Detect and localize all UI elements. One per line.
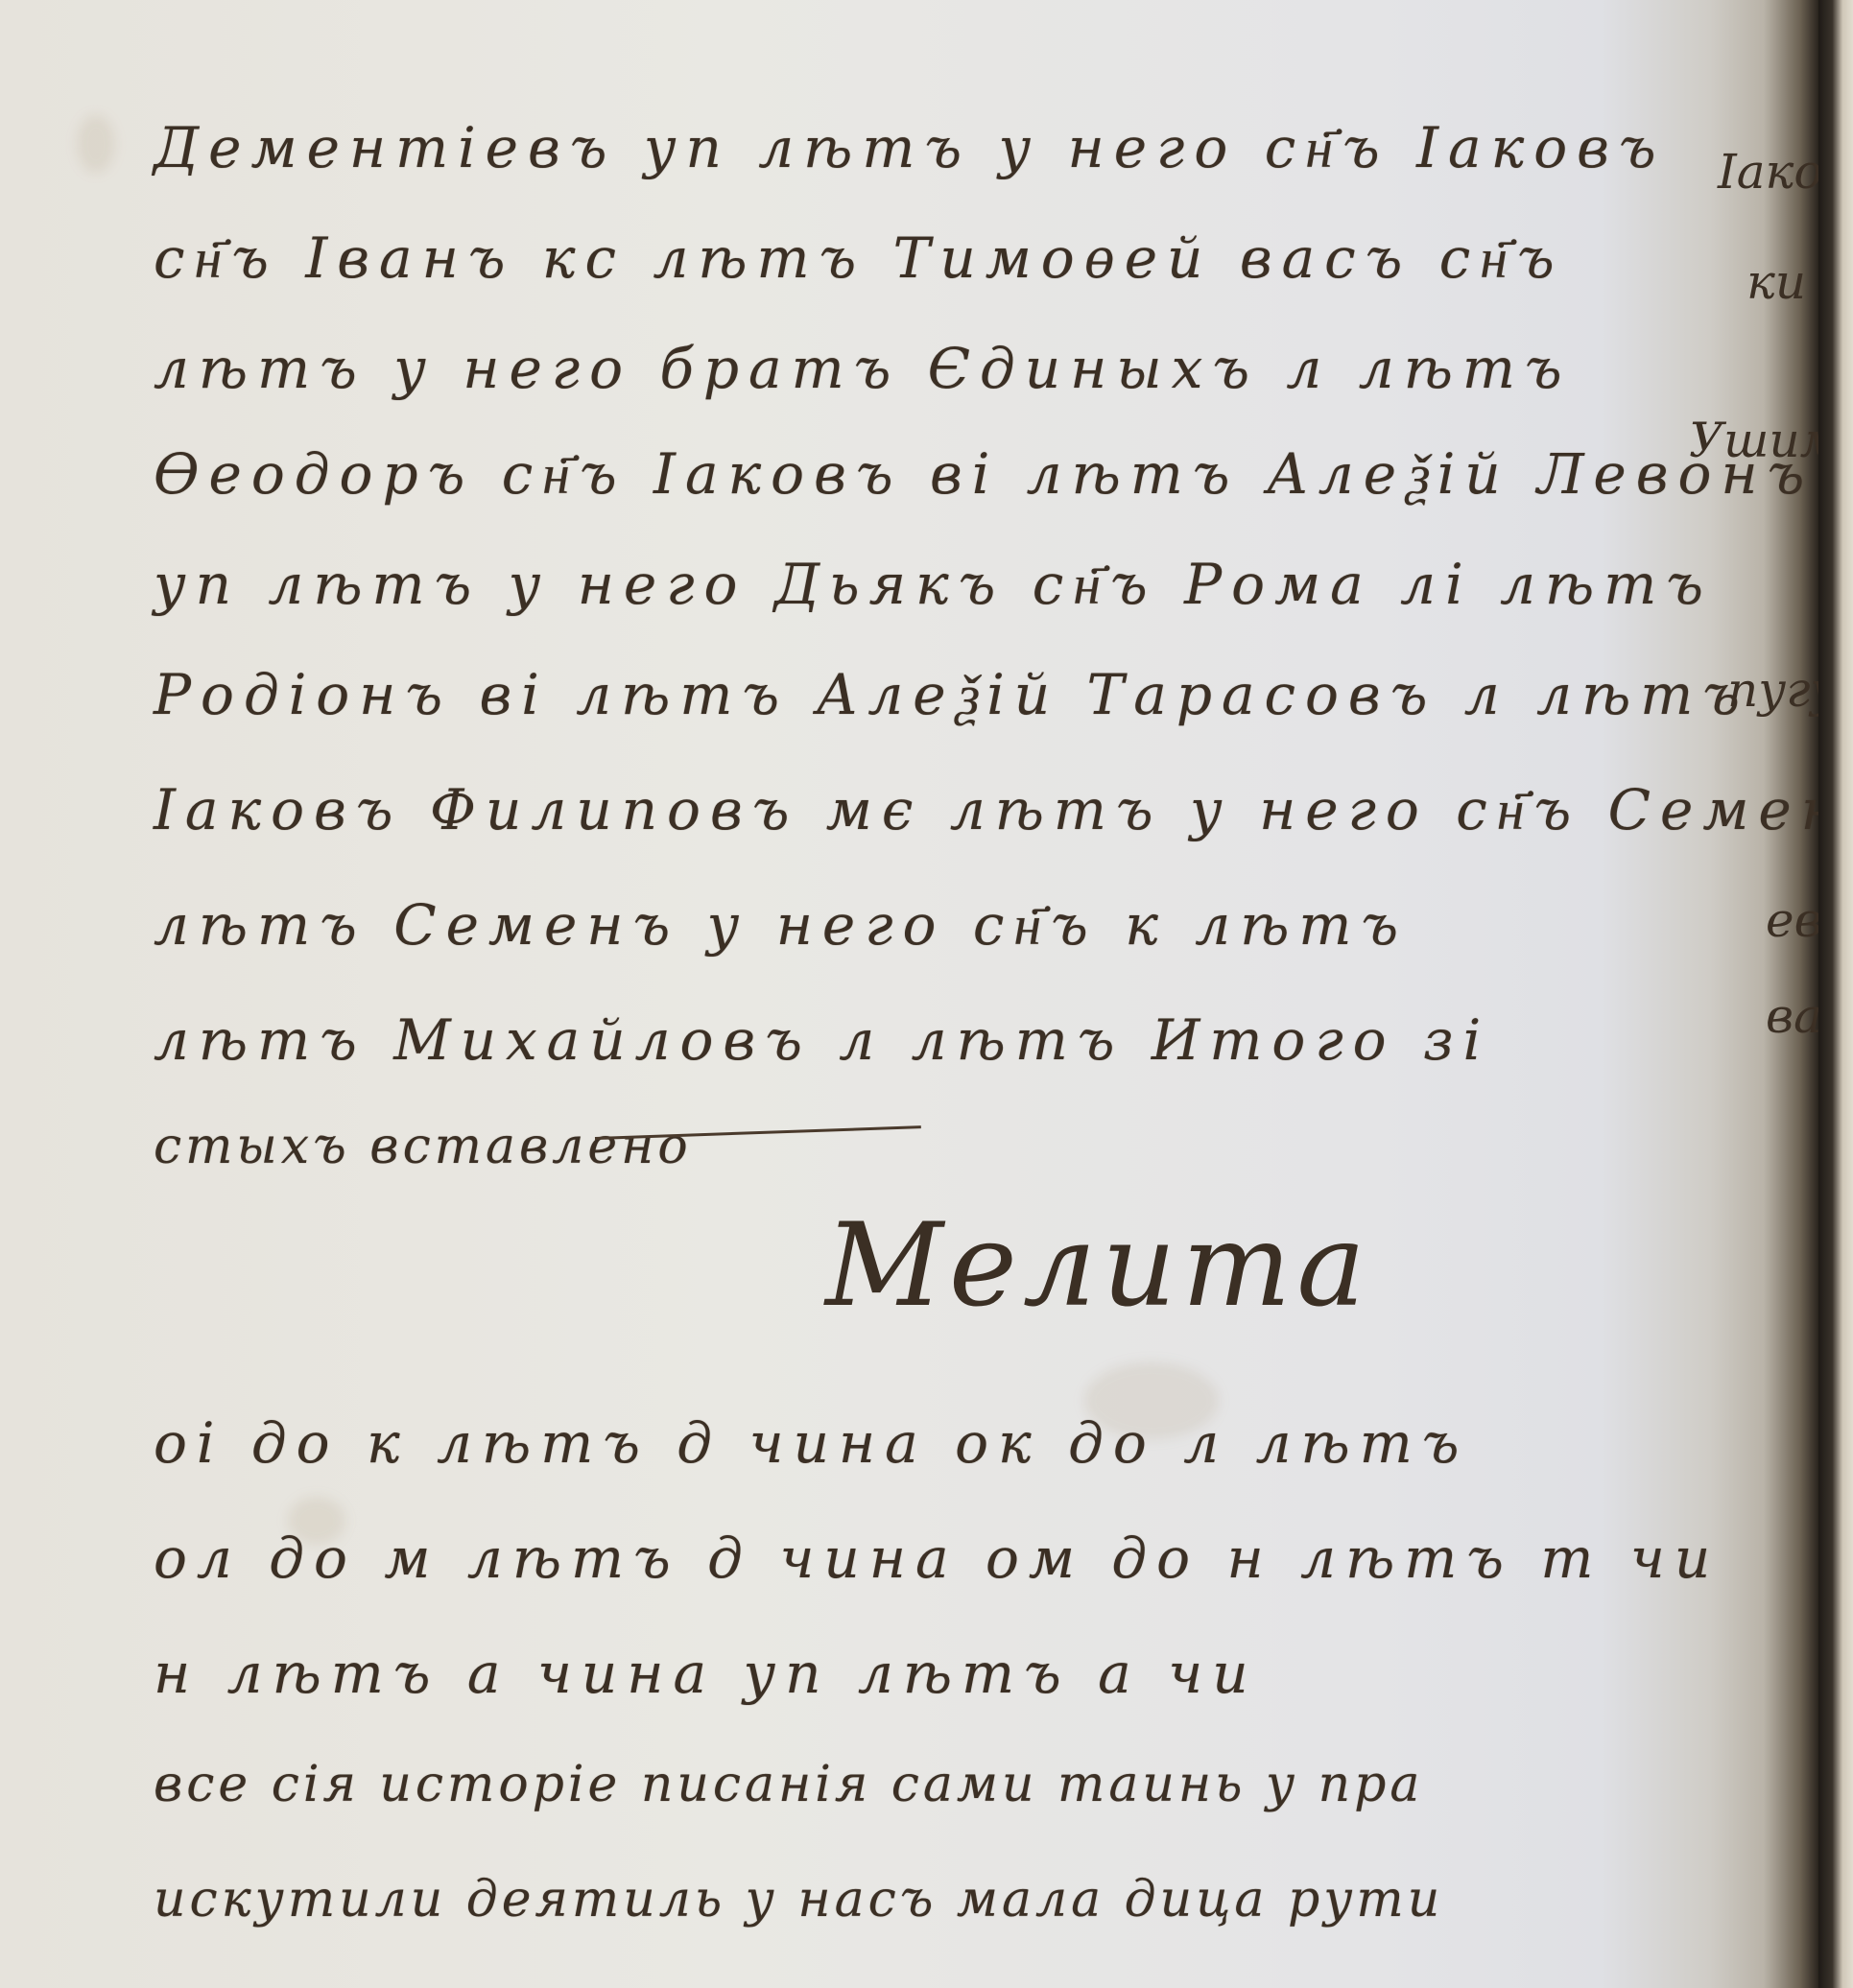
margin-note: ев — [1766, 892, 1822, 948]
text-line-1: Дементіевъ уп лѣтъ у него сн҃ъ Іаковъ — [154, 115, 1666, 180]
margin-note: ва — [1766, 988, 1822, 1044]
text-line-2: сн҃ъ Іванъ кс лѣтъ Тимоѳей васъ сн҃ъ — [154, 225, 1564, 291]
margin-note: ки — [1746, 254, 1806, 310]
text-line-12: ол до м лѣтъ д чина ом до н лѣтъ т чи — [154, 1526, 1720, 1591]
text-line-7: Іаковъ Филиповъ мє лѣтъ у него сн҃ъ Семе… — [154, 777, 1853, 842]
text-line-3: лѣтъ у него братъ Єдиныхъ л лѣтъ — [154, 336, 1572, 401]
text-line-13: н лѣтъ а чина уп лѣтъ а чи — [154, 1641, 1258, 1706]
text-line-11: оі до к лѣтъ д чина ок до л лѣтъ — [154, 1410, 1468, 1476]
text-line-6: Родіонъ ві лѣтъ Алеѯій Тарасовъ л лѣтъ — [154, 662, 1749, 727]
book-binding-edge — [1818, 0, 1853, 1988]
text-line-9: лѣтъ Михайловъ л лѣтъ Итого зі — [154, 1007, 1490, 1073]
paper-stain — [77, 115, 115, 173]
text-line-4: Ѳеодоръ сн҃ъ Іаковъ ві лѣтъ Алеѯій Левон… — [154, 441, 1814, 507]
text-line-15: искутили деятиль у насъ мала дица рути — [154, 1871, 1443, 1929]
section-heading: Мелита — [825, 1199, 1371, 1333]
text-line-5: уп лѣтъ у него Дьякъ сн҃ъ Рома лі лѣтъ — [154, 552, 1713, 617]
manuscript-page: Дементіевъ уп лѣтъ у него сн҃ъ Іаковъ сн… — [0, 0, 1818, 1988]
text-line-14: все сія исторіе писанія сами таинь у пра — [154, 1756, 1423, 1813]
text-line-10: стыхъ вставлено — [154, 1118, 692, 1175]
margin-note: Іако — [1718, 144, 1823, 200]
margin-note: Ушим — [1689, 413, 1840, 468]
text-line-8: лѣтъ Семенъ у него сн҃ъ к лѣтъ — [154, 892, 1408, 958]
